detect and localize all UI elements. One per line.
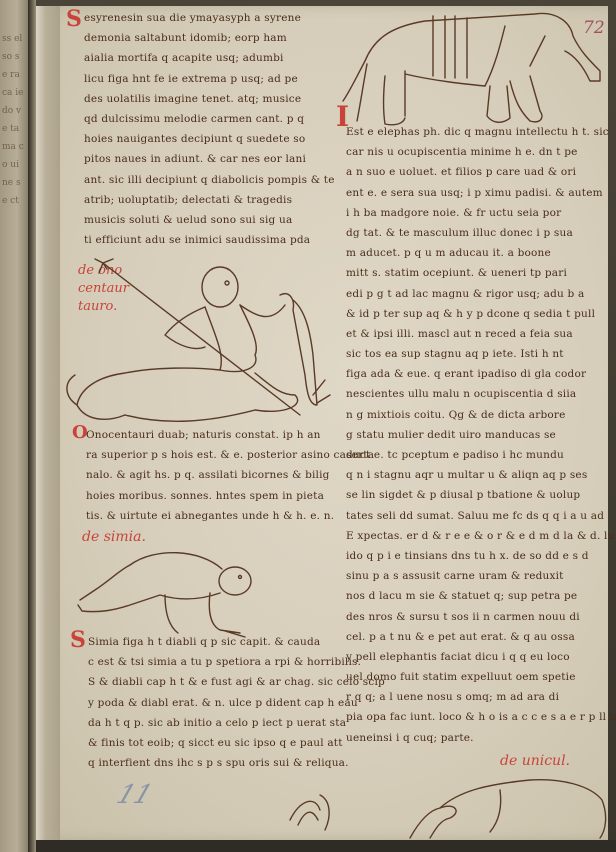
text-line: m aducet. p q u m aducau it. a boone <box>346 243 616 263</box>
left-column-bottom-text: Simia figa h t diabli q p sic capit. & c… <box>88 632 385 773</box>
text-line: Onocentauri duab; naturis constat. ip h … <box>86 425 374 445</box>
text-line: des nros & sursu t sos ii n carmen nouu … <box>346 607 616 627</box>
onocentaur-illustration <box>55 255 345 430</box>
text-line: atrib; uoluptatib; delectati & tragedis <box>84 190 335 210</box>
text-line: nos d lacu m sie & statuet q; sup petra … <box>346 586 616 606</box>
previous-page-text: ss el so se ra ca ie do ve ta ma co ui n… <box>2 30 24 210</box>
text-line: figa ada & eue. q erant ipadiso di gla c… <box>346 364 616 384</box>
text-line: pia opa fac iunt. loco & h o is a c c e … <box>346 707 616 727</box>
text-line: ueneinsi i q cuq; parte. <box>346 728 616 748</box>
text-line: & id p ter sup aq & h y p dcone q sedia … <box>346 304 616 324</box>
text-line: des uolatilis imagine tenet. atq; musice <box>84 89 335 109</box>
text-line: q n i stagnu aqr u multar u & aliqn aq p… <box>346 465 616 485</box>
text-line: y pell elephantis faciat dicu i q q eu l… <box>346 647 616 667</box>
text-line: a n suo e uoluet. et filios p care uad &… <box>346 162 616 182</box>
text-line: & finis tot eoib; q sicct eu sic ipso q … <box>88 733 385 753</box>
text-line: et & ipsi illi. mascl aut n reced a feia… <box>346 324 616 344</box>
text-line: pitos naues in adiunt. & car nes eor lan… <box>84 149 335 169</box>
text-line: ti efficiunt adu se inimici saudissima p… <box>84 230 335 250</box>
text-line: dg tat. & te masculum illuc donec i p su… <box>346 223 616 243</box>
text-line: mitt s. statim ocepiunt. & ueneri tp par… <box>346 263 616 283</box>
text-line: licu figa hnt fe ie extrema p usq; ad pe <box>84 69 335 89</box>
text-line: ant. sic illi decipiunt q diabolicis pom… <box>84 170 335 190</box>
left-column-mid-text: Onocentauri duab; naturis constat. ip h … <box>86 425 374 526</box>
text-line: se lin sigdet & p diusal p tbatione & uo… <box>346 485 616 505</box>
bottom-edge <box>36 840 616 852</box>
text-line: cel. p a t nu & e pet aut erat. & q au o… <box>346 627 616 647</box>
text-line: ido q p i e tinsians dns tu h x. de so d… <box>346 546 616 566</box>
text-line: nalo. & agit hs. p q. assilati bicornes … <box>86 465 374 485</box>
text-line: edi p g t ad lac magnu & rigor usq; adu … <box>346 284 616 304</box>
text-line: aialia mortifa q acapite usq; adumbi <box>84 48 335 68</box>
text-line: i h ba madgore noie. & fr uctu seia por <box>346 203 616 223</box>
right-column-text: Est e elephas ph. dic q magnu intellectu… <box>346 122 616 748</box>
text-line: demonia saltabunt idomib; eorp ham <box>84 28 335 48</box>
text-line: esyrenesin sua die ymayasyph a syrene <box>84 8 335 28</box>
rubric-de-unicul: de unicul. <box>500 752 570 770</box>
text-line: ra superior p s hois est. & e. posterior… <box>86 445 374 465</box>
text-line: uel domo fuit statim expelluut oem speti… <box>346 667 616 687</box>
text-line: Est e elephas ph. dic q magnu intellectu… <box>346 122 616 142</box>
text-line: S & diabli cap h t & e fust agi & ar cha… <box>88 672 385 692</box>
text-line: sinu p a s assusit carne uram & reduxit <box>346 566 616 586</box>
text-line: nescientes ullu malu n ocupiscentia d si… <box>346 384 616 404</box>
text-line: y poda & diabl erat. & n. ulce p dident … <box>88 693 385 713</box>
ape-illustration <box>70 545 270 635</box>
rubric-de-simia: de simia. <box>82 528 146 546</box>
binding-gutter <box>28 0 36 852</box>
text-line: da h t q p. sic ab initio a celo p iect … <box>88 713 385 733</box>
left-column-top-text: esyrenesin sua die ymayasyph a syrene de… <box>84 8 335 250</box>
unicorn-illustration <box>290 770 610 840</box>
elephant-illustration <box>335 6 605 131</box>
text-line: g statu mulier dedit uiro manducas se <box>346 425 616 445</box>
text-line: hoies nauigantes decipiunt q suedete so <box>84 129 335 149</box>
text-line: r q q; a l uene nosu s omq; m ad ara di <box>346 687 616 707</box>
text-line: ent e. e sera sua usq; i p ximu padisi. … <box>346 183 616 203</box>
text-line: car nis u ocupiscentia minime h e. dn t … <box>346 142 616 162</box>
text-line: qd dulcissimu melodie carmen cant. p q <box>84 109 335 129</box>
text-line: Simia figa h t diabli q p sic capit. & c… <box>88 632 385 652</box>
text-line: c est & tsi simia a tu p spetiora a rpi … <box>88 652 385 672</box>
initial-s-ape: S <box>70 627 86 653</box>
previous-page-edge: ss el so se ra ca ie do ve ta ma co ui n… <box>0 0 28 852</box>
text-line: sic tos ea sup stagnu aq p iete. Isti h … <box>346 344 616 364</box>
initial-s-top: S <box>66 6 82 32</box>
text-line: E xpectas. er d & r e e & o r & e d m d … <box>346 526 616 546</box>
text-line: tis. & uirtute ei abnegantes unde h & h.… <box>86 506 374 526</box>
text-line: musicis soluti & uelud sono sui sig ua <box>84 210 335 230</box>
text-line: duct e. tc pceptum e padiso i hc mundu <box>346 445 616 465</box>
text-line: n g mixtiois coitu. Qg & de dicta arbore <box>346 405 616 425</box>
text-line: tates seli dd sumat. Saluu me fc ds q q … <box>346 506 616 526</box>
text-line: hoies moribus. sonnes. hntes spem in pie… <box>86 486 374 506</box>
